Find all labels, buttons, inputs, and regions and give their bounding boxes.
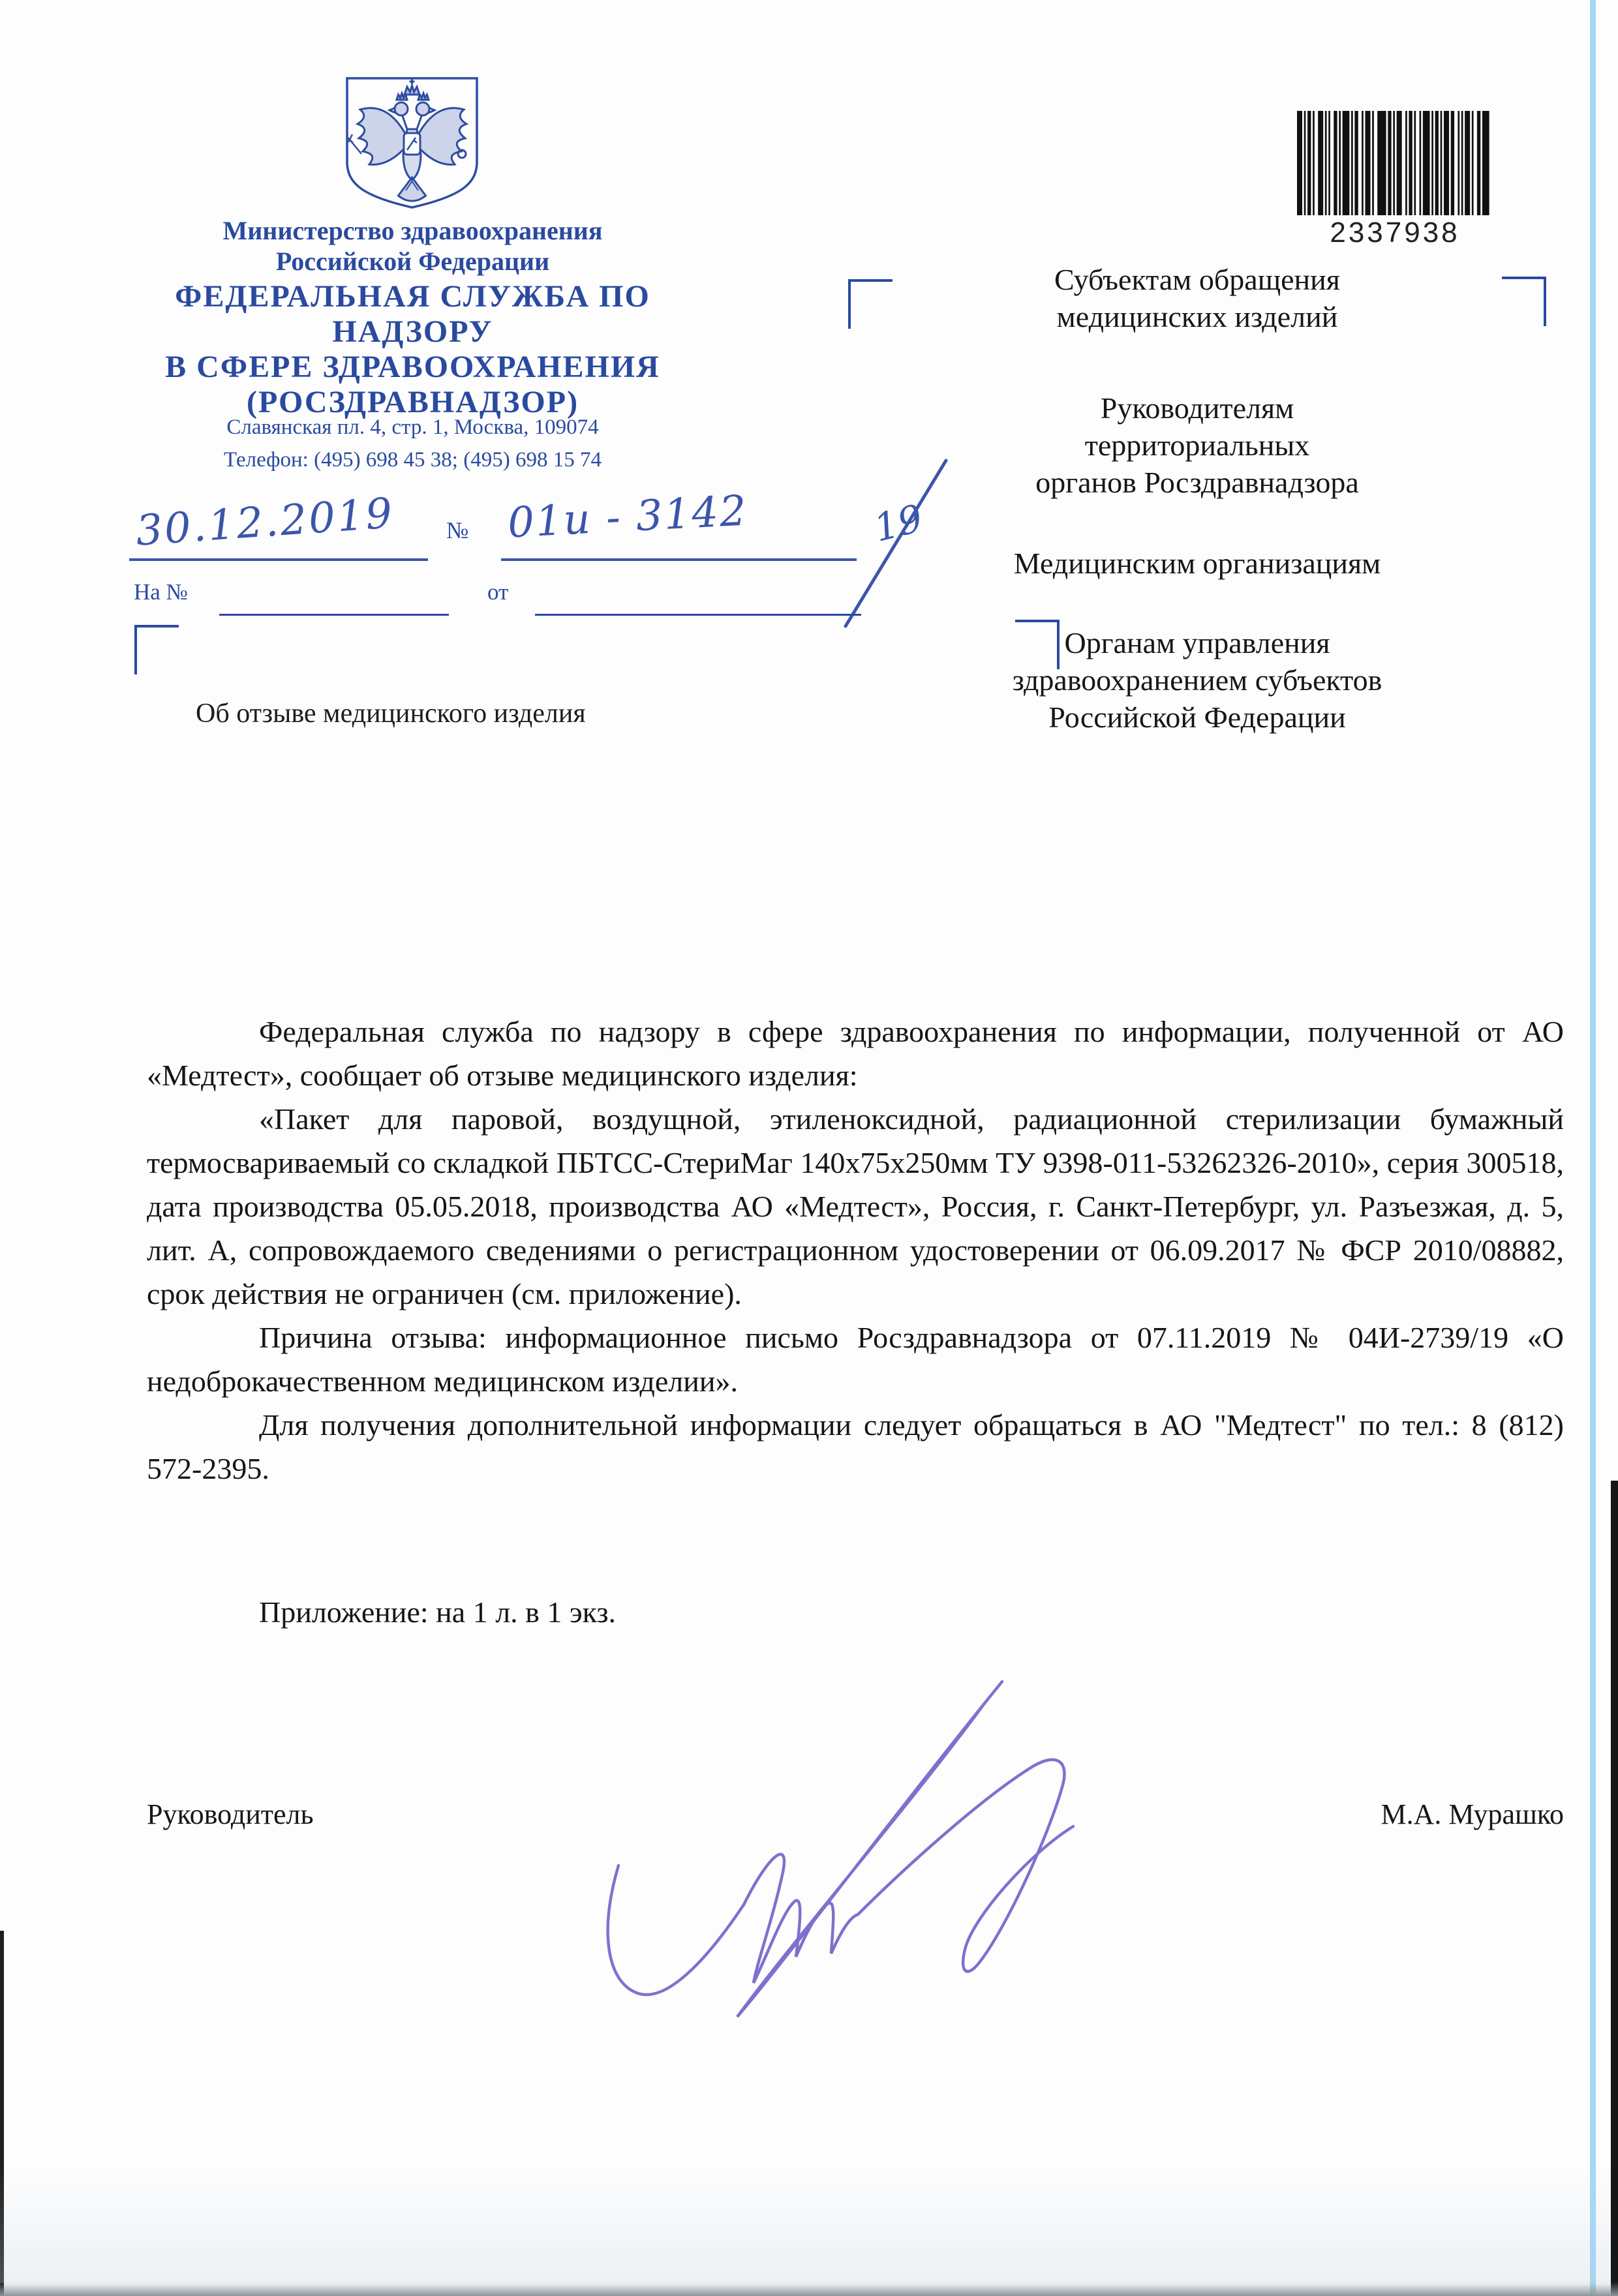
ministry-name: Министерство здравоохранения Российской …	[108, 215, 718, 277]
number-underline	[501, 558, 857, 561]
addressee-block-4: Органам управления здравоохранением субъ…	[907, 624, 1488, 736]
barcode	[1297, 111, 1493, 215]
body-paragraph-1: Федеральная служба по надзору в сфере зд…	[147, 1010, 1564, 1097]
addressee-block-3: Медицинским организациям	[907, 545, 1488, 582]
coat-of-arms-emblem	[338, 73, 486, 211]
document-page: Министерство здравоохранения Российской …	[0, 0, 1618, 2296]
body-paragraph-2: «Пакет для паровой, воздущной, этиленокс…	[147, 1097, 1564, 1316]
subject-line: Об отзыве медицинского изделия	[196, 698, 586, 729]
addr-bracket-right	[1502, 277, 1546, 326]
barcode-box: 2337938	[1297, 111, 1493, 249]
org-phone: Телефон: (495) 698 45 38; (495) 698 15 7…	[108, 444, 718, 476]
outgoing-number-handwritten: 01и - 3142	[506, 487, 748, 547]
outgoing-date-handwritten: 30.12.2019	[134, 489, 396, 555]
signatory-name: М.А. Мурашко	[1381, 1798, 1564, 1831]
addressee-line: территориальных	[907, 427, 1488, 464]
attachment-line: Приложение: на 1 л. в 1 экз.	[147, 1595, 1564, 1629]
number-sign: №	[446, 517, 468, 544]
ministry-line2: Российской Федерации	[108, 246, 718, 277]
scan-edge-right-black	[1611, 1481, 1618, 2296]
addressee-line: Руководителям	[907, 389, 1488, 427]
scan-edge-bottom	[0, 2282, 1618, 2296]
agency-line1: ФЕДЕРАЛЬНАЯ СЛУЖБА ПО НАДЗОРУ	[108, 279, 718, 350]
addressee-block-2: Руководителям территориальных органов Ро…	[907, 389, 1488, 501]
agency-name: ФЕДЕРАЛЬНАЯ СЛУЖБА ПО НАДЗОРУ В СФЕРЕ ЗД…	[108, 279, 718, 420]
signatory-title: Руководитель	[147, 1798, 314, 1831]
addr-bracket-left	[848, 279, 893, 329]
ref-bracket-left	[134, 625, 179, 674]
org-address: Славянская пл. 4, стр. 1, Москва, 109074	[108, 411, 718, 444]
addressee-line: органов Росздравнадзора	[907, 464, 1488, 501]
org-contacts: Славянская пл. 4, стр. 1, Москва, 109074…	[108, 411, 718, 476]
reply-number-label: На №	[134, 579, 188, 605]
addressee-line: медицинских изделий	[907, 298, 1488, 335]
signature-scribble	[587, 1657, 1083, 2035]
reply-number-underline	[219, 614, 449, 616]
addressee-line: здравоохранением субъектов	[907, 661, 1488, 699]
addressee-block-1: Субъектам обращения медицинских изделий	[907, 261, 1488, 335]
date-underline	[129, 558, 428, 561]
body-paragraph-3: Причина отзыва: информационное письмо Ро…	[147, 1316, 1564, 1403]
reply-from-label: от	[487, 579, 508, 605]
body-paragraph-4: Для получения дополнительной информации …	[147, 1403, 1564, 1490]
scan-haze-bottom	[0, 2166, 1618, 2283]
barcode-number: 2337938	[1297, 217, 1493, 249]
scan-edge-right-blue	[1590, 0, 1596, 2296]
addressee-line: Органам управления	[907, 624, 1488, 661]
ministry-line1: Министерство здравоохранения	[108, 215, 718, 246]
addressee-line: Российской Федерации	[907, 699, 1488, 736]
addressee-line: Субъектам обращения	[907, 261, 1488, 298]
addressee-line: Медицинским организациям	[907, 545, 1488, 582]
agency-line2: В СФЕРЕ ЗДРАВООХРАНЕНИЯ	[108, 350, 718, 385]
body-text: Федеральная служба по надзору в сфере зд…	[147, 1010, 1564, 1490]
reply-from-underline	[535, 614, 861, 616]
